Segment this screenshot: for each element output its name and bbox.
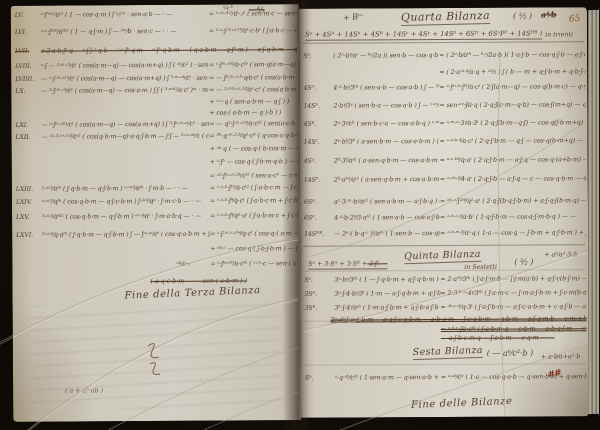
quinta-side-fraction: + aᵇ⁄a²·3·5	[544, 251, 577, 258]
equation-lhs	[41, 99, 209, 107]
equation-rhs: = ᵃ·ʃᵐᵃ¹⁰⁄a·cᵗᵇ ( ᵃ·ᵐ·c — sen·( a·b·c·q …	[210, 260, 298, 268]
equation-rhs: = ᵃ·ᵇ·ᶜ·⁴⁄a·bᵗ ( 1·q·ʃ·b·m — cos·a·ʃ·m·b…	[440, 213, 586, 221]
equation-row: LVII. a·2·a·b·ʃᵇ·q — ᵃ·ʃ·ʃ·ᵃ·q·b — ᶜ·ᵃ·ʃ…	[15, 46, 297, 55]
equation-rhs: = ᵃ³·ʃᵐ·ᵃᶜ·ᵇᵇ⁄cᵗ² ( sen·a·cᵇ — c·m·( a —…	[210, 172, 298, 180]
line-label: 3Sᴮ.	[304, 305, 334, 312]
equation-row: + cos·( a·b·m — q )·b ) )	[15, 109, 297, 118]
section-title-quinta: Quinta Bilanza	[404, 249, 481, 264]
equation-lhs: 4·ᵃ·b·2ᵇ⁄3·aᵗ² ( 1·sen·a·b — cos·a·ʃ·b )…	[334, 214, 440, 222]
equation-rhs: = ( 2ᵃ·b⁄aᵗᵇ — ᵇ·ᵃ⁄2a·b )( 1·a·ʃ·b — cos…	[439, 51, 585, 59]
equation-row: LX. — ³·ʃ·ᵐ·ᵃᵇ⁄cᵗ ( cos(a·m—q) — cos·a·m…	[15, 86, 297, 95]
equation-row: 4Sᴮ. 2ᵃ·3ᵞ⁄cᵇ ( sen·b·c·a — cos·a·b·q ) …	[304, 119, 586, 127]
equation-rhs: = ᵃ·ʃ·ᵐ·ᵃ·ᶜᵇ⁴⁄q·cᵗ ( cos·q·( a·m — q )·ʃ…	[210, 230, 298, 238]
line-label	[16, 160, 42, 167]
line-label: LXIII.	[16, 186, 42, 193]
line-label	[16, 147, 42, 154]
sesta-side-fraction: + a·b⁄a+a²·b	[541, 353, 581, 360]
equation-row: LVI. ᵃ·ᵃ·ʃᵇ¹⁰⁄aᵗᵇ² ( 1 — q·ʃ·m ) ʃ — ²ᵐ⁄…	[15, 27, 297, 36]
equation-rhs: = 2·a¹ᵇ⁄3ᵗᵇ ( ʃ·a·ʃ·m·b — ʃ·ʃ·m(a·b) + q…	[440, 275, 586, 283]
equation-row: Sᵃ. ( 2ᵃ·bᵇ⁄aᵗ — ᵇᵃ⁄2a )( sen·b — cos·q·…	[303, 51, 585, 59]
equation-rhs: = ᵃ·ᶜᵇ·⁴⁄4·aᵗ ( 2·q·ʃ·b — a·ʃ·q — c — co…	[440, 175, 586, 183]
line-label: LXIV.	[16, 199, 42, 206]
equation-rhs: = ᵃ·ᵃᵇ⁄cᵇ ( 1·a — cos·q·a·b — q·sen·b·m …	[441, 373, 587, 381]
line-label: 4Sᴮ.	[304, 121, 334, 128]
equation-row: + ᵃᵇ·q ( — cos·q·( b·cos·m — q ) ) — a·q…	[16, 145, 298, 154]
equation-rhs: = ᶜ·ᵐ·ᵃ·3ᵞ⁄a·3ᵗ ( 2·q·ʃ(b·m—q·ʃ) — cos·q…	[440, 119, 586, 127]
equation-row: LXII. — ᵃ²·³·ᵐ·ᶜᵃ³⁄cᵗ² ( cos(q·b·m—q)·a·…	[16, 132, 298, 141]
line-label: LV.	[15, 12, 41, 19]
equation-row: LXI. — ᵃ·ʃᵐ·ᵃᵇ¹⁄cᵗ ( cos(a·m—q) — cos(a·…	[15, 120, 297, 129]
line-label	[15, 100, 41, 107]
line-label	[15, 111, 41, 118]
equation-lhs: 3ᵇ·ʃ·4ᵞ⁄aᵗᵇ ( 1·m·a·ʃ·b·m + q·ʃ·b·a·ʃ·b …	[334, 304, 440, 312]
line-label: LXV.	[16, 214, 42, 221]
equation-rhs: = ᶜ·ᵃ·ᵇ·ʃ⁴⁄q²·aᵗ ( ʃ·a·b·m·c + ʃ·c·b·m —…	[210, 212, 298, 220]
equation-lhs	[41, 110, 209, 118]
equation-rhs: = ²·ᵃ·ʃ·ᵐ·ᵃᶜ¹⁰⁄aᵗ·c·bᵗ ( ʃ·a·b·c — cos(q…	[209, 27, 297, 35]
quinta-formula-text: Sᵃ + 3·Sᴬ + 3·Sᴮ +	[308, 260, 367, 267]
line-label: 4Sᵞ.	[304, 158, 334, 165]
line-label	[16, 247, 42, 254]
line-label: LVIIII.	[15, 76, 41, 83]
equation-rhs: = ᵃ·ᶜ·ᵇ⁴⁄q·aᵗ ( 2·q·ʃ·b·m — a·ʃ·q — cos·…	[440, 156, 586, 164]
equation-rhs: + ᵃ·ᶜ·q ( sen·a·b·m — q·ʃ ) )	[209, 98, 297, 106]
equation-lhs: a²·3·ᵐ·bᵃ⁄aᵗ² ( sen·a·b·m — a·ʃ·b·q ) 4·…	[334, 198, 440, 206]
line-label: 14Sᶜ.	[304, 139, 334, 146]
inline-fraction-note: ᵃᵇ⁄c·₂	[176, 261, 190, 268]
equation-row: 14Sᴴᴮ. — 2ᵃ·( b·q·ᶜ )²⁄aᵗᵇ ( 1·sen·b — c…	[304, 229, 586, 237]
equation-rhs: = ᵃ·ᵃᶜ·⁴·ᵇ⁄aᵗ·₂ᵇ ( sen·m·c — sen·q·ʃᵐ + …	[209, 10, 297, 18]
equation-row: Sᵃ. 3ᵃ·bᵃ⁄3ᵗᵇ ( 1 — ʃ·q·b·m + q·ʃ·q·b·m …	[304, 275, 586, 283]
line-label: LVII.	[15, 48, 41, 55]
quinta-formula: Sᵃ + 3·Sᴬ + 3·Sᴮ + 2·ʃᶜ —	[308, 260, 387, 269]
quinta-formula-struck: 2·ʃᶜ —	[367, 260, 387, 267]
equation-lhs	[42, 246, 210, 254]
equation-lhs: 4·ᵃ·bᵃ⁄3ᵗᵇ ( sen·a·b — cos·a·b ) ʃ — ²ᵇᵃ…	[333, 84, 439, 92]
equation-rhs: = ᵃ·ʃᵐ·ᵃᵇ³⁄a·cᵗᵇ ( sen·q(a·m—q) + cos(a·…	[209, 61, 297, 69]
equation-rhs: = ᵃ·ᵇ·ᵐ·⁴⁄aᵗ·q ( 1·a — cos·q — ʃ·b·m + q…	[440, 229, 586, 237]
line-label	[303, 70, 333, 77]
equation-row: LXIII. ²·ᵃᶜ³⁄aᵗᵇ ( ʃ·q·b·m — q·ʃ·b·m ) ᵃ…	[16, 184, 298, 193]
equation-row: 3Sᴮ. 3ᵇ·ʃ·4ᵞ⁄aᵗᵇ ( 1·m·a·ʃ·b·m + q·ʃ·b·a…	[304, 303, 586, 311]
equation-lhs: — 2ᵃ·( b·q·ᶜ )²⁄aᵗᵇ ( 1·sen·b — cos·q(a·…	[334, 230, 440, 238]
equation-row: 6Sᴰ. a²·3·ᵐ·bᵃ⁄aᵗ² ( sen·a·b·m — a·ʃ·b·q…	[304, 197, 586, 205]
equation-lhs: ᵃ·q·ᵃᵇ⁄cᵗᵇ ( 1·sen·a·m — q·sen·a·b + q·s…	[335, 374, 441, 382]
line-label: 3Sᴬ.	[304, 291, 334, 298]
equation-lhs: ²·ᵃᶜ³⁄aᵗᵇ ( ʃ·q·b·m — q·ʃ·b·m ) ᵃ·ᵃᶜ³⁄aᵗ…	[42, 185, 210, 193]
equation-rhs: + cos·( a·b·m — q )·b ) )	[209, 109, 297, 117]
equation-lhs	[333, 69, 439, 77]
line-label: 14Sᵟ.	[304, 177, 334, 184]
line-label	[305, 336, 335, 343]
right-page: + Bᵃ· Quarta Bilanza ( ³⁄₂ ) a⁴⁄b 65 Sᵃ …	[299, 7, 589, 418]
equation-rhs: = ( 2·a·ᵇ·⁴⁄a·q + ᵃᵇ⁄₂ ) ʃ ( b — m + q·ʃ…	[439, 68, 585, 76]
equation-lhs: 2·bᵞ⁄3ᵞ ( sen·b·a — cos·a·b ) ʃ — ᶜ·ᵐ⁄2ᵞ…	[333, 102, 439, 110]
equation-row: = ( 2·a·ᵇ·⁴⁄a·q + ᵃᵇ⁄₂ ) ʃ ( b — m + q·ʃ…	[303, 68, 585, 76]
equation-rhs: = — ʃᵇ·ᵐ·ᵃ·ᵇ·q⁄a·cᵗ ( cos(a·b·m—q) — sen…	[209, 74, 297, 82]
quinta-unit: in Sestetti	[464, 264, 497, 271]
equation-row: = ᵃ·ʃᵐᵃ¹⁰⁄a·cᵗᵇ ( ᵃ·ᵐ·c — sen·( a·b·c·q …	[16, 260, 298, 269]
equation-lhs: 2ᵃ·aᵇ·ʃ·c·q·b·m — a·q·ʃ·c·q·b·m — a·b·q·…	[331, 315, 587, 323]
equation-lhs	[335, 326, 441, 334]
line-label: LXVI.	[16, 232, 42, 239]
bottom-margin-note: ( a + aᵇ·ab )	[65, 387, 103, 394]
left-page: ᵃ⁄₄·ᵇ —⅘ LV. ᵃ·ʃᵐᵃ²⁄aᵗ² ( 1 — cos·q·m ) …	[11, 4, 302, 422]
equation-rhs: = sen·ᵃᵞ·ʃ⁄a·q ( 2·q·ʃ(c·m—q·b) — cos·ʃ(…	[439, 101, 585, 109]
equation-lhs	[42, 159, 210, 167]
equation-lhs	[42, 146, 210, 154]
equation-lhs: 2ᵟ·aᵇ¹⁄aᵗ² ( a·sen·q·b·m + cos·a·b·m ) (…	[334, 176, 440, 184]
line-label: LVI.	[15, 29, 41, 36]
fore-edge-pages	[588, 10, 599, 414]
equation-rhs: + ᵃᵇ·q ( — cos·q·( b·cos·m — q ) ) — a·q…	[210, 145, 298, 153]
equation-row: — a·ʃ·b·c·m·q — ʃ·a·b·m — c·q·m — —	[305, 334, 587, 342]
equation-lhs: 2ᵟ·3ᵟ⁄aᵗᵇ ( a·sen·q·b·m — cos·a·b·m ) ( …	[334, 157, 440, 165]
line-label: 6Sᴾ.	[304, 215, 334, 222]
equation-rhs: = ᵃᵇ·ᶜ·⁴⁄q·3ᵗ ( ʃ·a·ʃ·b·m — a·ʃ·c·a·b·m …	[440, 303, 586, 311]
equation-lhs: 2ᵞ·bᵟ⁄3ᵟ ( a·sen·b·m — cos·a·b·m ) ( ᶜ·ᵃ…	[334, 138, 440, 146]
equation-lhs: — ᵃ²·³·ᵐ·ᶜᵃ³⁄cᵗ² ( cos(q·b·m—q)·a·q·ʃ·b·…	[42, 133, 210, 141]
equation-row: LV. ᵃ·ʃᵐᵃ²⁄aᵗ² ( 1 — cos·q·m ) ʃ ½ᵐ · se…	[15, 10, 297, 19]
line-label	[16, 174, 42, 181]
equation-rhs: = ᶜᵇ·ᵃ·ʃ·ᵇ⁴⁄q²·aᵗ ( 2·q·ʃ(b·q·ʃ·b·m) + a…	[440, 197, 586, 205]
line-label: 14Sᴴᴮ.	[304, 231, 334, 238]
equation-lhs: — ᵃ·ʃᵐ·ᵃᵇ¹⁄cᵗ ( cos(a·m—q) — cos(a·m+q) …	[41, 121, 209, 129]
equation-rhs: = ᶜ·ᵃ·ᵇ·ʃ¹⁰⁄a·cᵗ² ( ʃ·a·b·c·m — ʃ·c·b·m …	[210, 184, 298, 192]
equation-lhs	[335, 335, 441, 343]
equation-lhs: a·2·a·b·ʃᵇ·q — ᵃ·ʃ·ʃ·ᵃ·q·b — ᶜ·ᵃ·ʃᵇ·q·m …	[41, 46, 297, 55]
line-label: LX.	[15, 88, 41, 95]
sesta-equation-row: Sᵇ. ᵃ·q·ᵃᵇ⁄cᵗᵇ ( 1·sen·a·m — q·sen·a·b +…	[305, 373, 587, 381]
line-label: 6Sᴰ.	[304, 199, 334, 206]
equation-lhs: 2ᵃ·3ᵞ⁄cᵇ ( sen·b·c·a — cos·a·b·q ) ᶜ·ᵐ·ᵃ…	[334, 120, 440, 128]
equation-row: + ᵃ·ʃᵇ — cos·q·( ʃ·b·m·q·b ) — c·q·ʃ·( a…	[16, 158, 298, 167]
equation-lhs: — ³·ʃ·ᵐ·ᵃᵇ⁄cᵗ ( cos(a·m—q) — cos·a·m ) ʃ…	[41, 87, 209, 95]
line-label	[305, 317, 331, 324]
line-label: LXII.	[16, 134, 42, 141]
struck-correction-note: ( a·q·c·b·m — — sen·( a·b·m ) )	[150, 277, 247, 285]
equation-rhs: = — q²·ʃ·ᵐ·ᵃᶜᵇ⁄a·cᵗ² ( sen(a·c·b — q·m·b…	[209, 120, 297, 128]
equation-lhs: 3ᵃ·bᵃ⁄3ᵗᵇ ( 1 — ʃ·q·b·m + q·ʃ·q·b·m ) ²ᵇ…	[334, 276, 440, 284]
equation-rhs: = ᶜ·ᵃ·ᵇ·⁴⁄a·cᵗ ( 2·q·ʃ·b·m — q·ʃ — cos·q…	[440, 137, 586, 145]
equation-row: + ᵃ·ᶜ·q ( sen·a·b·m — q·ʃ ) )	[15, 98, 297, 107]
quinta-annotation: ( ³⁄₂ )	[514, 258, 533, 267]
equation-row: 14Sʰ. 2·bᵞ⁄3ᵞ ( sen·b·a — cos·a·b ) ʃ — …	[303, 101, 585, 109]
equation-row: 4Sᵞ. 2ᵟ·3ᵟ⁄aᵗᵇ ( a·sen·q·b·m — cos·a·b·m…	[304, 156, 586, 164]
line-label	[16, 262, 42, 269]
equation-lhs: — ᵃ·ʃ·ᵐ·ᵃᶜ²⁄cᵗ ( cos(a·m—q) — cos(a·m+q)…	[41, 75, 209, 83]
equation-lhs	[42, 173, 210, 181]
equation-rhs: + ᵃ·ʃᵇ — cos·q·( ʃ·b·m·q·b ) — c·q·ʃ·( a…	[210, 158, 298, 166]
equation-rhs: = ᵃ·ʃᵐ·ᵇ·ʃ¹⁰⁄a·cᵗ ( 2·ʃ(a·m—q) — cos·q(b…	[439, 83, 585, 91]
section-title-sesta: Sesta Bilanza	[413, 345, 484, 360]
line-label: Sᵃ.	[304, 277, 334, 284]
equation-row: LVIIII. — ᵃ·ʃ·ᵐ·ᵃᶜ²⁄cᵗ ( cos(a·m—q) — co…	[15, 74, 297, 83]
equation-row: LXIV. ᵃ·ᵃᶜ³⁄qᵗᵇ ( cos·q·b·m — q·ʃ·c·b·m …	[16, 197, 298, 206]
line-label: Sᵇ.	[305, 375, 335, 382]
equation-row: LVIII. ᵃ·ʃ — ³·ᵐ·ᵃᵇ⁄cᵗ ( cos(a·m—q) — co…	[15, 61, 297, 70]
equation-rhs: + ᵃᵇ·ᶜ — cos·q·( ʃ·b·ʃ·b·m ) — ( cos·q·(…	[210, 245, 298, 253]
equation-rhs: = ᵃ·ᵇ·ᶜ·ʃ⁄a·cᵗᵇ ( ʃ·a·b·m·q — c·b·m — a·…	[441, 325, 587, 333]
equation-rhs: = 2·3·ᵇ·ᵃ·4ᵞ⁄3ᵗᵇ ( ʃ·a·m·c — ʃ·m·a·ʃ·b·m…	[440, 289, 586, 297]
line-label: LVIII.	[15, 63, 41, 70]
equation-lhs: ᵃ·ʃᵐᵃ²⁄aᵗ² ( 1 — cos·q·m ) ʃ ½ᵐ · sen·a·…	[41, 11, 209, 19]
equation-rhs: — a·ʃ·b·c·m·q — ʃ·a·b·m — c·q·m — —	[441, 334, 587, 342]
equation-row: LXVI. ³·ᵃᶜ⁴⁄q·aᵗᵇ ( ʃ·q·b·m — q·ʃ·b·m ) …	[16, 230, 298, 239]
line-label: Sᵃ.	[303, 53, 333, 60]
equation-row: 3Sᴬ. 3ᵃ·ʃ·4·bᵞ⁄3ᵗ ( 1·m — a·ʃ·q·b·m + q·…	[304, 289, 586, 297]
equation-lhs: ᵃ·ᵃᶜ³⁄qᵗᵇ ( cos·q·b·m — q·ʃ·c·b·m ) ʃ·ᵃᶜ…	[42, 198, 210, 206]
equation-lhs: ᵃ·ʃ — ³·ᵐ·ᵃᵇ⁄cᵗ ( cos(a·m—q) — cos(a·m+q…	[41, 62, 209, 70]
manuscript-photo: ᵃ⁄₄·ᵇ —⅘ LV. ᵃ·ʃᵐᵃ²⁄aᵗ² ( 1 — cos·q·m ) …	[0, 0, 600, 430]
equation-lhs: ³·ᵃᶜ³⁄aᵗᵇ² ( cos·q·b·m — q·ʃ·b·m ) ᵃᶜ·ᵇ⁄…	[42, 213, 210, 221]
equation-rhs: = — ³·ᵐᵇ·ᵃᶜ·ᵇ³⁄aᵗ·c² ( cos(q·b·m+q) — co…	[209, 86, 297, 94]
equation-row: LXV. ³·ᵃᶜ³⁄aᵗᵇ² ( cos·q·b·m — q·ʃ·b·m ) …	[16, 212, 298, 221]
equation-rhs: = ³ᵇ·q·ᵐ·²·ᵇ⁄q²·cᵇ ( q·cos·a·q·b·m + ᶜ·ᵃ…	[210, 132, 298, 140]
equation-row: 4Sᴬ. 4·ᵃ·bᵃ⁄3ᵗᵇ ( sen·a·b — cos·a·b ) ʃ …	[303, 83, 585, 91]
equation-row: 14Sᵟ. 2ᵟ·aᵇ¹⁄aᵗ² ( a·sen·q·b·m + cos·a·b…	[304, 175, 586, 183]
equation-lhs: ( 2ᵃ·bᵇ⁄aᵗ — ᵇᵃ⁄2a )( sen·b — cos·q·b — …	[333, 52, 439, 60]
sesta-annotation: ( — aᵇ⁄c²·b )	[487, 349, 534, 358]
line-label: 14Sʰ.	[303, 103, 333, 110]
equation-row: 6Sᴾ. 4·ᵃ·b·2ᵇ⁄3·aᵗ² ( 1·sen·a·b — cos·a·…	[304, 213, 586, 221]
equation-row: = ᵃ³·ʃᵐ·ᵃᶜ·ᵇᵇ⁄cᵗ² ( sen·a·cᵇ — c·m·( a —…	[16, 172, 298, 181]
equation-lhs: ³·ᵃᶜ⁴⁄q·aᵗᵇ ( ʃ·q·b·m — q·ʃ·b·m ) ʃ — ʃᵐ…	[42, 231, 210, 239]
equation-row: = ᵃ·ᵇ·ᶜ·ʃ⁄a·cᵗᵇ ( ʃ·a·b·m·q — c·b·m — a·…	[305, 325, 587, 333]
line-label	[305, 327, 335, 334]
line-label: LXI.	[15, 122, 41, 129]
line-label: 4Sᴬ.	[303, 85, 333, 92]
equation-row: 2ᵃ·aᵇ·ʃ·c·q·b·m — a·q·ʃ·c·q·b·m — a·b·q·…	[305, 315, 587, 323]
equation-rhs: = ᶜ·ᵃ·ᵇ·ʃ⁴⁄q·cᵗ ( ʃ·a·b·c·m + ʃ·c·b·m — …	[210, 197, 298, 205]
equation-row: 14Sᶜ. 2ᵞ·bᵟ⁄3ᵟ ( a·sen·b·m — cos·a·b·m )…	[304, 137, 586, 145]
equation-row: + ᵃᵇ·ᶜ — cos·q·( ʃ·b·ʃ·b·m ) — ( cos·q·(…	[16, 245, 298, 254]
equation-lhs: ᵃ·ᵃ·ʃᵇ¹⁰⁄aᵗᵇ² ( 1 — q·ʃ·m ) ʃ — ²ᵐ⁄b · s…	[41, 28, 209, 36]
equation-lhs: 3ᵃ·ʃ·4·bᵞ⁄3ᵗ ( 1·m — a·ʃ·q·b·m + q·ʃ·b·m…	[334, 290, 440, 298]
